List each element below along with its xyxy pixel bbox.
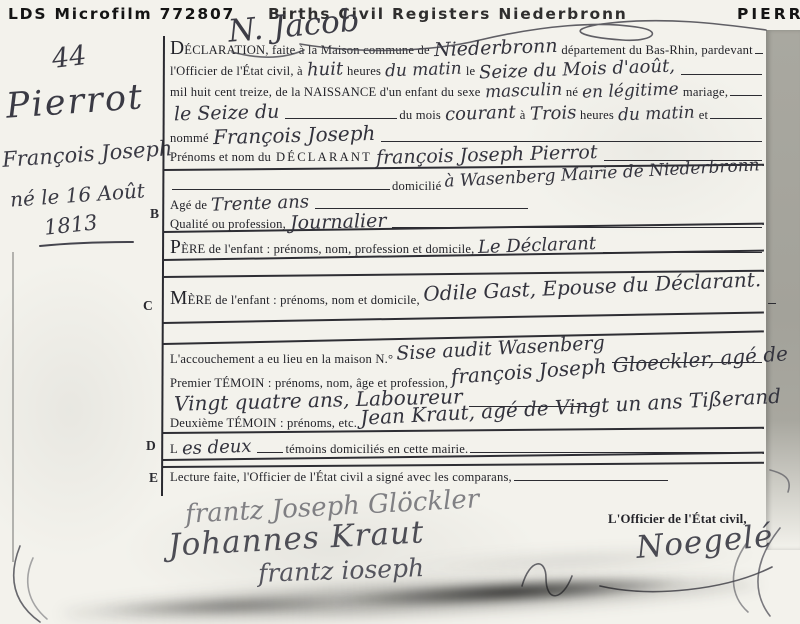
printed-text: mil huit cent treize, de la NAISSANCE d'… — [170, 85, 481, 100]
printed-text: mariage, — [683, 85, 728, 100]
handwritten-month: courant — [441, 102, 520, 126]
handwritten-birth-day: le Seize du — [170, 101, 284, 126]
page-edge-curve-left-2 — [28, 558, 47, 619]
handwritten-ampm: du matin — [381, 59, 466, 82]
printed-text: Prénoms et nom du — [170, 150, 271, 165]
printed-text: domicilié — [392, 179, 441, 194]
section-letter-b: B — [150, 206, 159, 222]
rule-fill — [730, 95, 762, 96]
printed-text: DÉCLARATION, faite à la Maison commune d… — [170, 38, 430, 60]
rule-fill — [681, 74, 762, 75]
rule-fill — [392, 227, 762, 228]
scanned-birth-record: LDS Microfilm 772807 Births Civil Regist… — [0, 0, 800, 624]
section-letter-c: C — [143, 298, 153, 314]
handwritten-birth-hour: Trois — [525, 102, 580, 125]
form-line-declaration-4: le Seize du du mois courant à Trois heur… — [170, 102, 764, 124]
form-line-lecture: Lecture faite, l'Officier de l'État civi… — [170, 470, 670, 485]
printed-text: Deuxième TÉMOIN : prénoms, etc. — [170, 416, 357, 431]
handwritten-sex: masculin — [480, 80, 566, 103]
surname-annotation: PIERROT — [737, 5, 800, 23]
printed-text: MÈRE de l'enfant : prénoms, nom et domic… — [170, 288, 420, 310]
rule-fill — [514, 480, 668, 481]
form-line-declaration-3: mil huit cent treize, de la NAISSANCE d'… — [170, 81, 764, 101]
binding-crease — [12, 252, 14, 562]
rule-fill — [470, 452, 762, 453]
printed-text: témoins domiciliés en cette mairie. — [285, 442, 468, 457]
printed-text: du mois — [399, 108, 441, 123]
scan-smudge-left — [95, 593, 375, 619]
paper-stain — [0, 260, 180, 560]
form-line-father: PÈRE de l'enfant : prénoms, nom, profess… — [170, 237, 764, 259]
ruled-line — [163, 312, 764, 324]
form-line-profession: Qualité ou profession, Journalier — [170, 211, 764, 233]
rule-fill — [603, 252, 762, 253]
rule-fill — [755, 53, 763, 54]
rule-fill — [285, 118, 397, 119]
handwritten-hour: huit — [303, 58, 348, 81]
printed-text: PÈRE de l'enfant : prénoms, nom, profess… — [170, 237, 474, 259]
scanner-edge — [766, 30, 800, 550]
printed-text: né — [566, 85, 578, 100]
margin-birth-date-1: né le 16 Août — [9, 178, 145, 211]
officer-signature-underline — [600, 567, 772, 592]
rule-fill — [768, 303, 776, 304]
printed-text: à — [520, 108, 526, 123]
printed-text: heures — [347, 64, 381, 79]
page-edge-curve-left — [14, 546, 40, 622]
ruled-line — [163, 462, 764, 468]
handwritten-profession: Journalier — [286, 210, 391, 235]
rule-fill — [315, 208, 528, 209]
form-line-mother: MÈRE de l'enfant : prénoms, nom et domic… — [170, 285, 764, 310]
form-left-border — [161, 36, 165, 496]
form-line-declaration-2: l'Officier de l'État civil, à huit heure… — [170, 59, 764, 80]
handwritten-legitimacy: en légitime — [578, 79, 683, 103]
printed-text: L — [170, 442, 178, 457]
handwritten-commune: Niederbronn — [429, 35, 561, 62]
handwritten-father: Le Déclarant — [474, 233, 601, 258]
rule-fill — [257, 452, 283, 453]
declarant-signature-flourish — [522, 564, 572, 596]
declarant-signature: frantz ioseph — [258, 553, 425, 588]
rule-fill — [172, 189, 390, 190]
form-line-witness2: Deuxième TÉMOIN : prénoms, etc. Jean Kra… — [170, 408, 764, 432]
section-letter-e: E — [149, 470, 158, 486]
margin-date-underline — [40, 242, 133, 246]
printed-text: heures — [580, 108, 614, 123]
rule-fill — [710, 118, 762, 119]
printed-text: Qualité ou profession, — [170, 217, 286, 232]
printed-text: L'accouchement a eu lieu en la maison N.… — [170, 352, 393, 367]
handwritten-les-deux: es deux — [178, 436, 256, 460]
printed-text: Lecture faite, l'Officier de l'État civi… — [170, 470, 512, 485]
margin-act-number: 44 — [50, 40, 88, 75]
printed-text: et — [699, 108, 709, 123]
form-line-witness-domicile: L es deux témoins domiciliés en cette ma… — [170, 437, 764, 458]
margin-given-names: François Joseph — [1, 136, 173, 172]
section-letter-d: D — [146, 438, 156, 454]
printed-text: l'Officier de l'État civil, à — [170, 64, 303, 79]
margin-birth-date-2: 1813 — [43, 210, 99, 239]
printed-text: DÉCLARANT — [276, 150, 372, 165]
margin-surname: Pierrot — [5, 77, 146, 127]
microfilm-annotation: LDS Microfilm 772807 — [8, 5, 235, 23]
